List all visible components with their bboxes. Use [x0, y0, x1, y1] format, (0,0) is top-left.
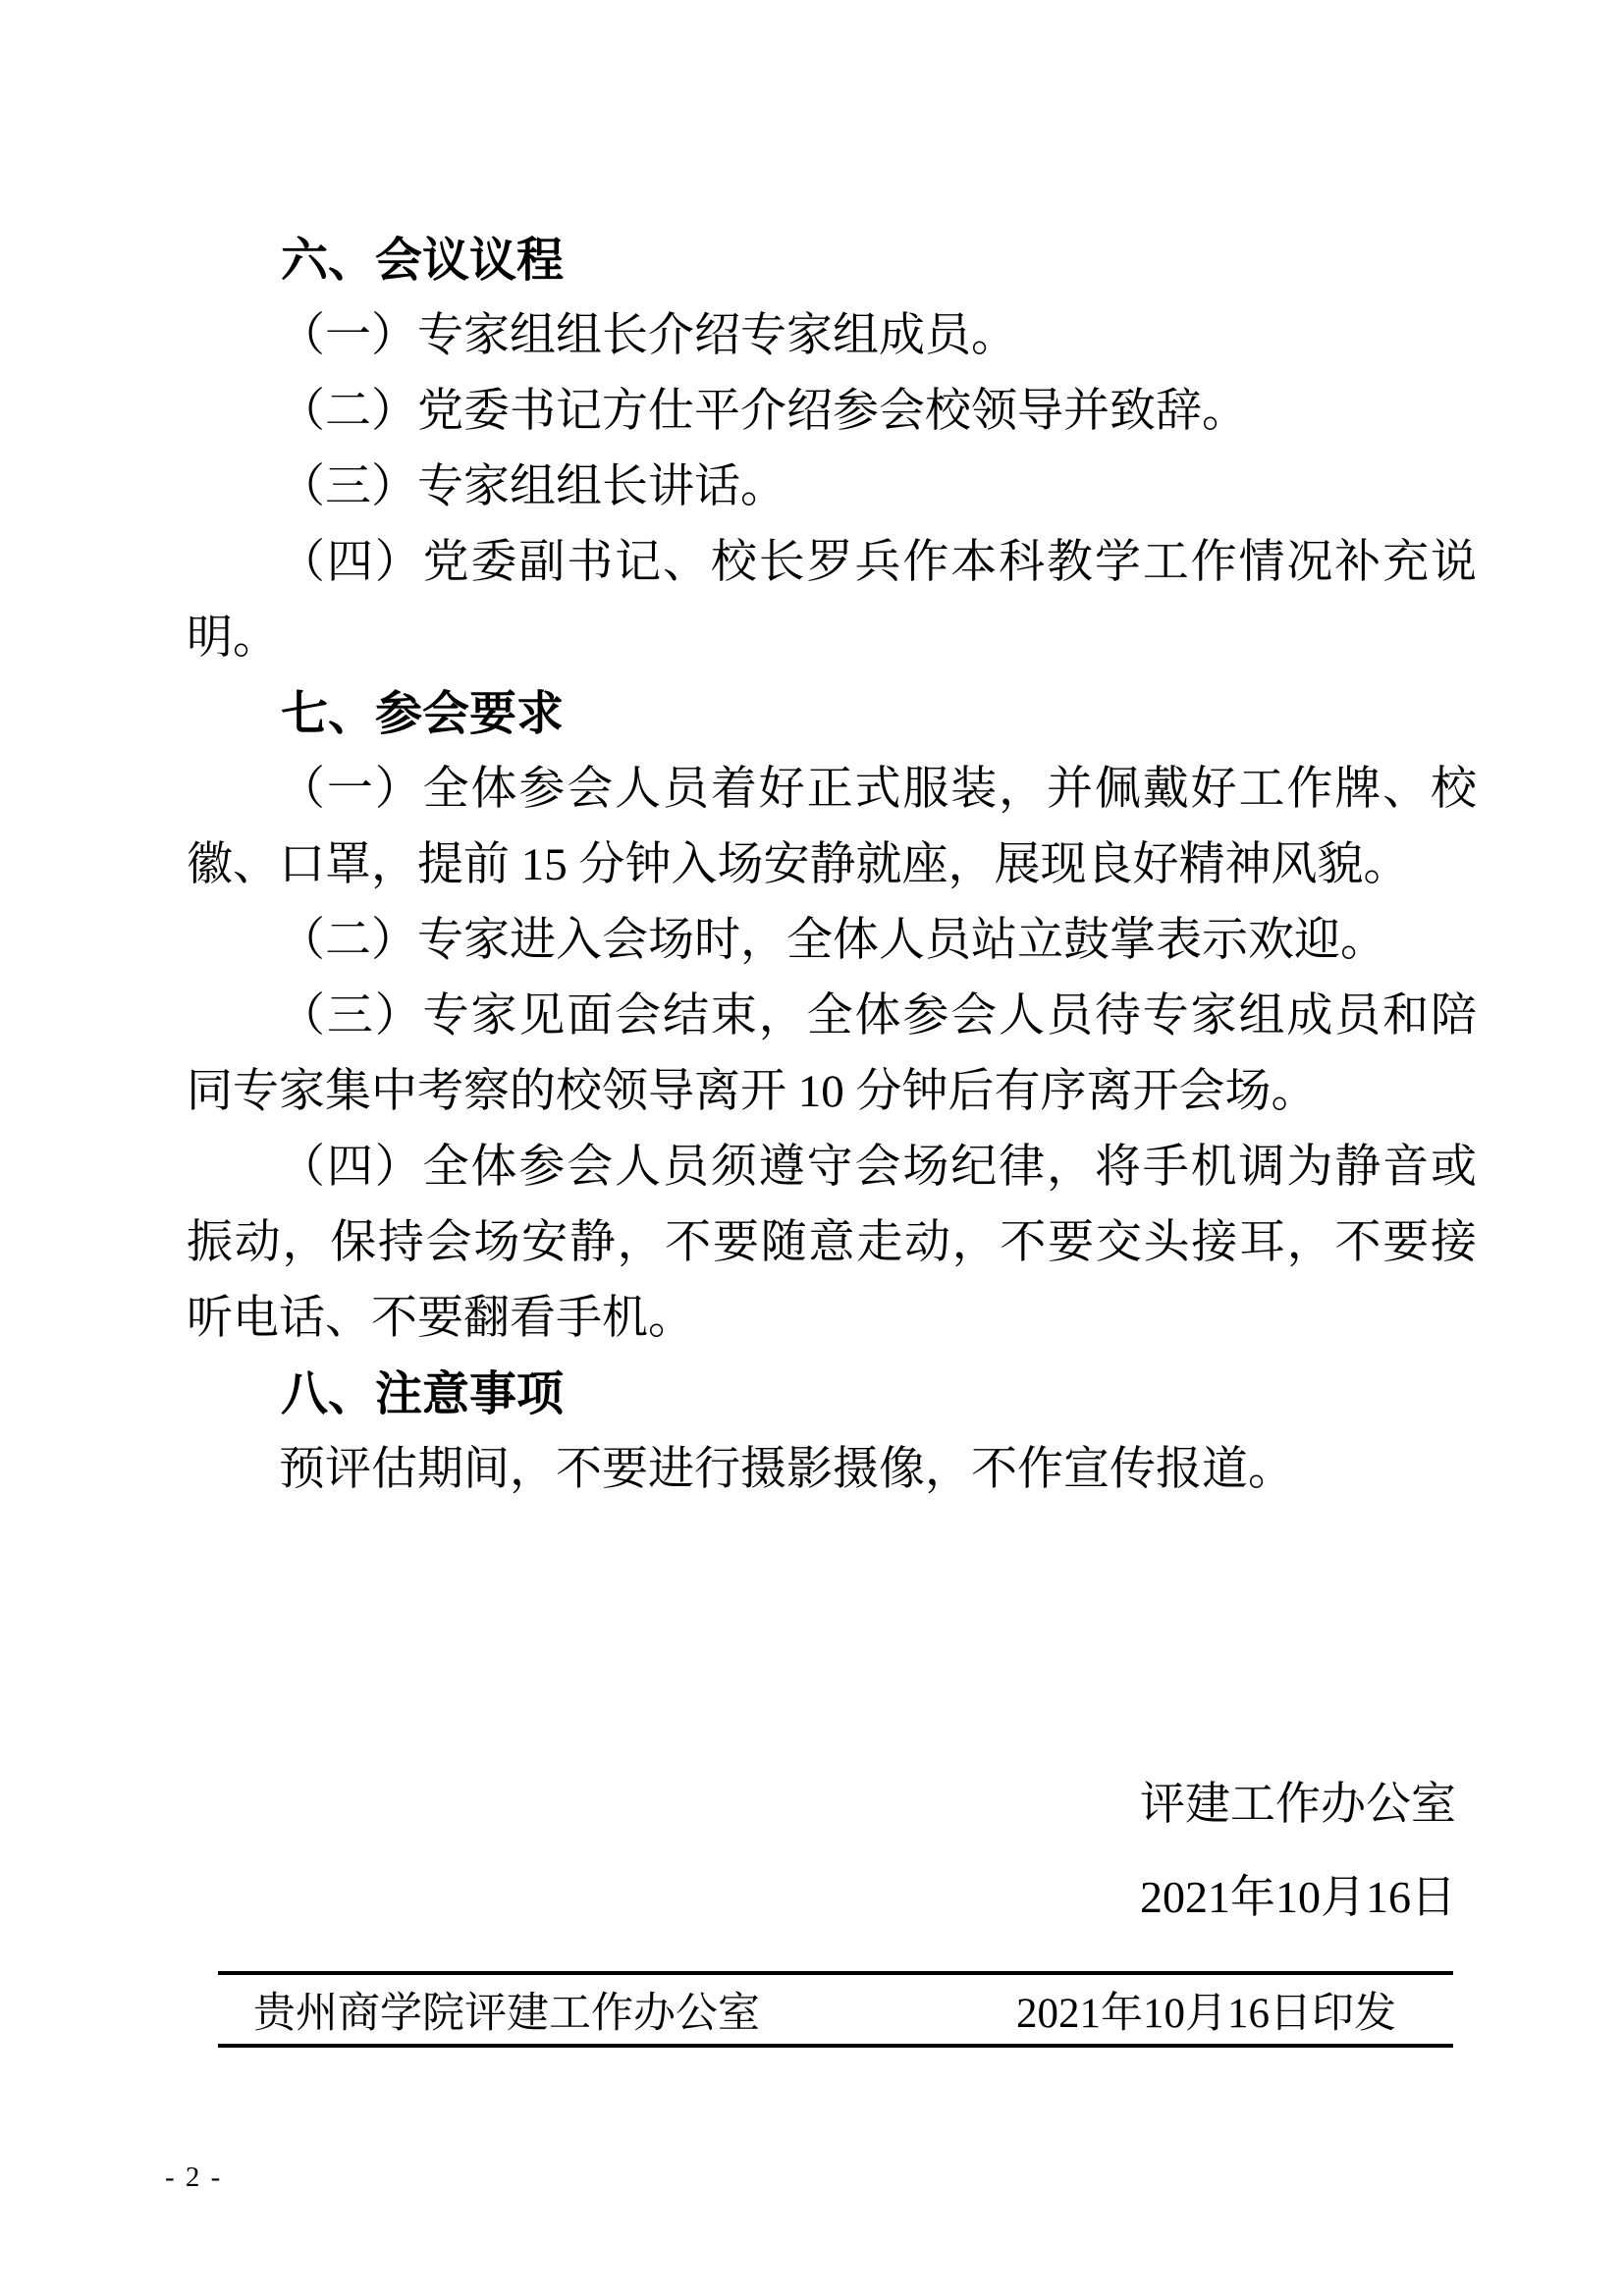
footer-issue-date: 2021年10月16日印发 — [1016, 1980, 1396, 2040]
requirement-item-3: （三）专家见面会结束，全体参会人员待专家组成员和陪同专家集中考察的校领导离开 1… — [187, 979, 1477, 1130]
heading-attendance-requirements: 七、参会要求 — [187, 676, 1477, 752]
signature-block: 评建工作办公室 2021年10月16日 — [1140, 1757, 1456, 1944]
footer-issuer: 贵州商学院评建工作办公室 — [253, 1980, 760, 2040]
heading-notes: 八、注意事项 — [187, 1357, 1477, 1432]
agenda-item-4: （四）党委副书记、校长罗兵作本科教学工作情况补充说明。 — [187, 525, 1477, 676]
document-body: 六、会议议程 （一）专家组组长介绍专家组成员。 （二）党委书记方仕平介绍参会校领… — [187, 223, 1477, 1508]
notes-paragraph: 预评估期间，不要进行摄影摄像，不作宣传报道。 — [187, 1432, 1477, 1508]
requirement-item-4: （四）全体参会人员须遵守会场纪律，将手机调为静音或振动，保持会场安静，不要随意走… — [187, 1130, 1477, 1357]
requirement-item-2: （二）专家进入会场时，全体人员站立鼓掌表示欢迎。 — [187, 903, 1477, 979]
page-number: - 2 - — [165, 2162, 222, 2194]
agenda-item-3: （三）专家组组长讲话。 — [187, 450, 1477, 525]
document-page: 六、会议议程 （一）专家组组长介绍专家组成员。 （二）党委书记方仕平介绍参会校领… — [0, 0, 1624, 2296]
requirement-item-1: （一）全体参会人员着好正式服装，并佩戴好工作牌、校徽、口罩，提前 15 分钟入场… — [187, 752, 1477, 903]
signature-date: 2021年10月16日 — [1140, 1850, 1456, 1944]
heading-meeting-agenda: 六、会议议程 — [187, 223, 1477, 298]
agenda-item-1: （一）专家组组长介绍专家组成员。 — [187, 298, 1477, 374]
agenda-item-2: （二）党委书记方仕平介绍参会校领导并致辞。 — [187, 374, 1477, 450]
footer-colophon: 贵州商学院评建工作办公室 2021年10月16日印发 — [218, 1971, 1453, 2048]
signature-office: 评建工作办公室 — [1140, 1757, 1456, 1850]
